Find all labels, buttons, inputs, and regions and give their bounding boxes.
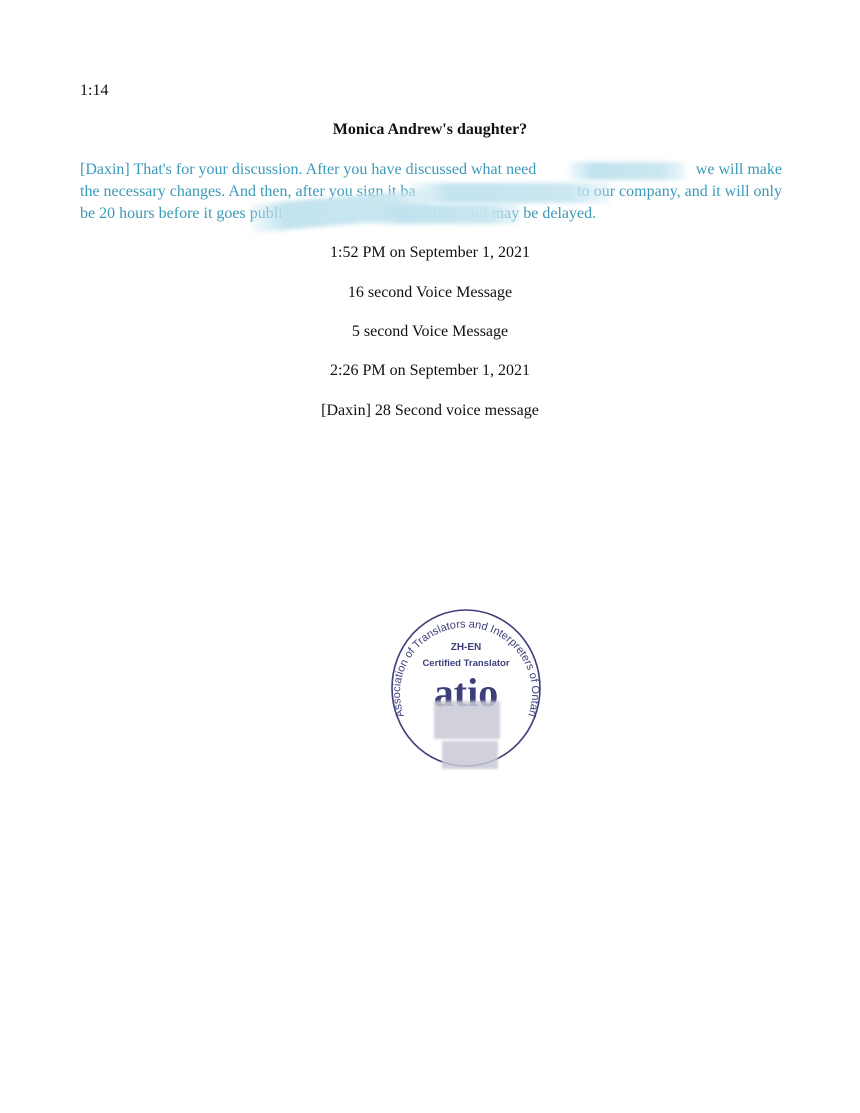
- voice-message-line: 5 second Voice Message: [0, 323, 860, 341]
- svg-text:ZH-EN: ZH-EN: [451, 642, 482, 653]
- redaction-blur: [410, 183, 610, 203]
- voice-message-line: [Daxin] 28 Second voice message: [0, 402, 860, 420]
- timestamp-top: 1:14: [80, 82, 108, 100]
- seal-redaction: [434, 701, 500, 739]
- heading: Monica Andrew's daughter?: [0, 121, 860, 139]
- seal-redaction: [442, 741, 498, 769]
- message-segment: we will make: [696, 159, 782, 181]
- voice-message-line: 16 second Voice Message: [0, 284, 860, 302]
- timestamp-line: 2:26 PM on September 1, 2021: [0, 362, 860, 380]
- svg-text:Certified Translator: Certified Translator: [422, 658, 509, 669]
- redaction-blur: [568, 162, 686, 180]
- timestamp-line: 1:52 PM on September 1, 2021: [0, 244, 860, 262]
- certified-translator-seal: Association of Translators and Interpret…: [386, 598, 546, 773]
- redaction-blur: [370, 204, 520, 224]
- message-segment: [Daxin] That's for your discussion. Afte…: [80, 159, 536, 181]
